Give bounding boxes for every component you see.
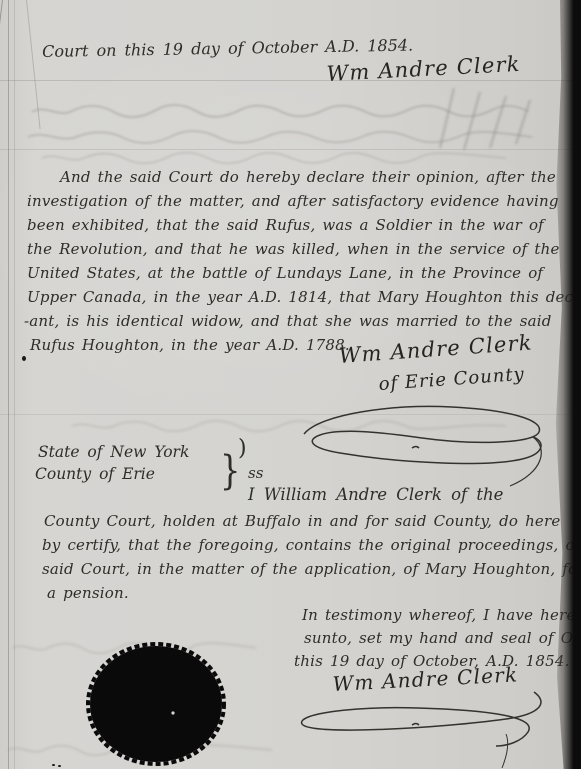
ss-abbreviation: ss [248,464,263,482]
declaration-line: investigation of the matter, and after s… [27,192,559,210]
clerk-signature-declaration: Wm Andre Clerk [338,330,533,367]
document-page: Court on this 19 day of October A.D. 185… [0,0,581,769]
notary-seal [85,642,227,769]
clerk-signature-county-line: of Erie County [378,364,525,395]
pen-flourish-upper [296,400,550,496]
testimony-line: sunto, set my hand and seal of Office, [304,629,581,647]
bleed-through-strokes [430,78,540,158]
declaration-line: been exhibited, that the said Rufus, was… [27,216,544,234]
certification-line: I William Andre Clerk of the [248,485,503,504]
declaration-line: And the said Court do hereby declare the… [60,168,556,186]
state-line: State of New York [38,443,189,461]
certification-line: by certify, that the foregoing, contains… [42,536,581,554]
pen-flourish-lower [292,688,550,769]
venue-brace: } [220,448,240,494]
ink-speck [58,765,61,767]
left-fold-line [8,0,9,769]
certification-line: County Court, holden at Buffalo in and f… [44,512,560,530]
certification-line: said Court, in the matter of the applica… [42,560,581,578]
county-line: County of Erie [35,465,155,483]
testimony-line: In testimony whereof, I have here [302,606,576,624]
declaration-line: Rufus Houghton, in the year A.D. 1788. [30,336,350,354]
declaration-line: United States, at the battle of Lundays … [27,264,543,282]
ink-speck [22,356,26,361]
court-date-line: Court on this 19 day of October A.D. 185… [42,36,413,61]
ink-speck [52,764,55,766]
corner-fold-mark [0,0,3,179]
declaration-line: -ant, is his identical widow, and that s… [24,312,552,330]
certification-line: a pension. [47,584,129,602]
declaration-line: Upper Canada, in the year A.D. 1814, tha… [27,288,581,306]
declaration-line: the Revolution, and that he was killed, … [27,240,560,258]
